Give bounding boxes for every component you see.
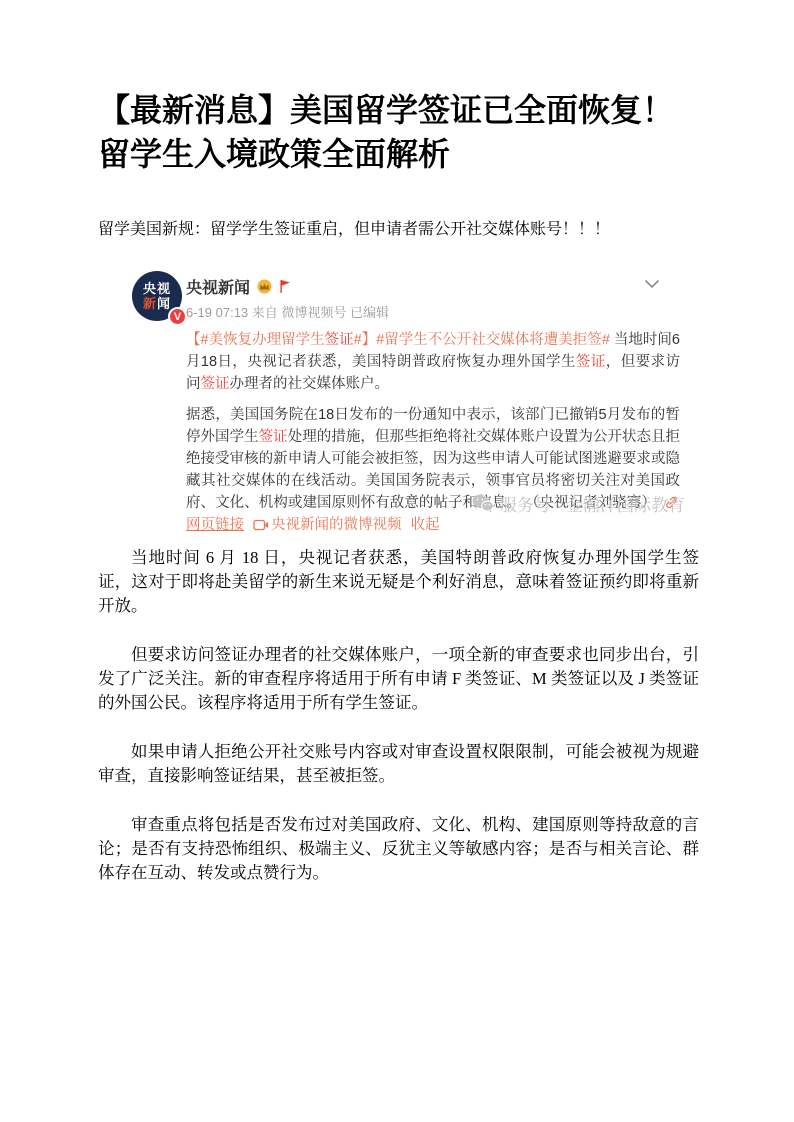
- gold-crown-icon: [256, 279, 273, 294]
- source-prefix: 来自: [252, 305, 278, 320]
- post-meta: 6-19 07:13 来自 微博视频号 已编辑: [186, 302, 389, 321]
- article-paragraph: 审查重点将包括是否发布过对美国政府、文化、机构、建国原则等持敌意的言论；是否有支…: [98, 813, 699, 885]
- page-title: 【最新消息】美国留学签证已全面恢复！ 留学生入境政策全面解析: [98, 88, 706, 176]
- wechat-icon: [472, 494, 494, 513]
- page-subtitle: 留学美国新规：留学学生签证重启，但申请者需公开社交媒体账号！！！: [98, 216, 706, 239]
- username[interactable]: 央视新闻: [186, 275, 250, 298]
- video-link[interactable]: 央视新闻的微博视频: [248, 517, 402, 533]
- article-body: 当地时间 6 月 18 日，央视记者获悉，美国特朗普政府恢复办理外国学生签证，这…: [98, 546, 699, 910]
- article-paragraph: 但要求访问签证办理者的社交媒体账户，一项全新的审查要求也同步出台，引发了广泛关注…: [98, 643, 699, 715]
- post-timestamp: 6-19 07:13: [186, 305, 248, 320]
- wechat-watermark: 服务号 · 金瀚洋国际教育: [472, 491, 685, 516]
- avatar-text-top: 央视: [143, 281, 171, 296]
- post-paragraph-1: 【#美恢复办理留学生签证#】#留学生不公开社交媒体将遭美拒签# 当地时间6月18…: [186, 329, 680, 395]
- avatar[interactable]: 央视 新闻 V: [132, 271, 184, 323]
- weibo-post-card: 央视 新闻 V 央视新闻 6-19 07:13 来自 微博视频号 已编辑 【#美…: [130, 263, 688, 541]
- article-paragraph: 当地时间 6 月 18 日，央视记者获悉，美国特朗普政府恢复办理外国学生签证，这…: [98, 546, 699, 618]
- page-title-line1: 【最新消息】美国留学签证已全面恢复！: [98, 88, 706, 132]
- video-icon: [253, 519, 269, 531]
- red-flag-icon: [279, 279, 292, 294]
- username-row: 央视新闻: [186, 275, 292, 298]
- article-paragraph: 如果申请人拒绝公开社交账号内容或对审查设置权限限制，可能会被视为规避审查，直接影…: [98, 740, 699, 788]
- edited-label: 已编辑: [350, 305, 389, 320]
- avatar-text-bottom: 新闻: [143, 296, 171, 311]
- page-title-line2: 留学生入境政策全面解析: [98, 132, 706, 176]
- post-paragraph-2: 据悉，美国国务院在18日发布的一份通知中表示，该部门已撤销5月发布的暂停外国学生…: [186, 404, 680, 536]
- post-source[interactable]: 微博视频号: [281, 305, 346, 320]
- watermark-text: 服务号 · 金瀚洋国际教育: [500, 491, 685, 516]
- verified-badge: V: [168, 307, 187, 326]
- collapse-link[interactable]: 收起: [411, 517, 440, 533]
- chevron-down-icon[interactable]: [644, 279, 660, 289]
